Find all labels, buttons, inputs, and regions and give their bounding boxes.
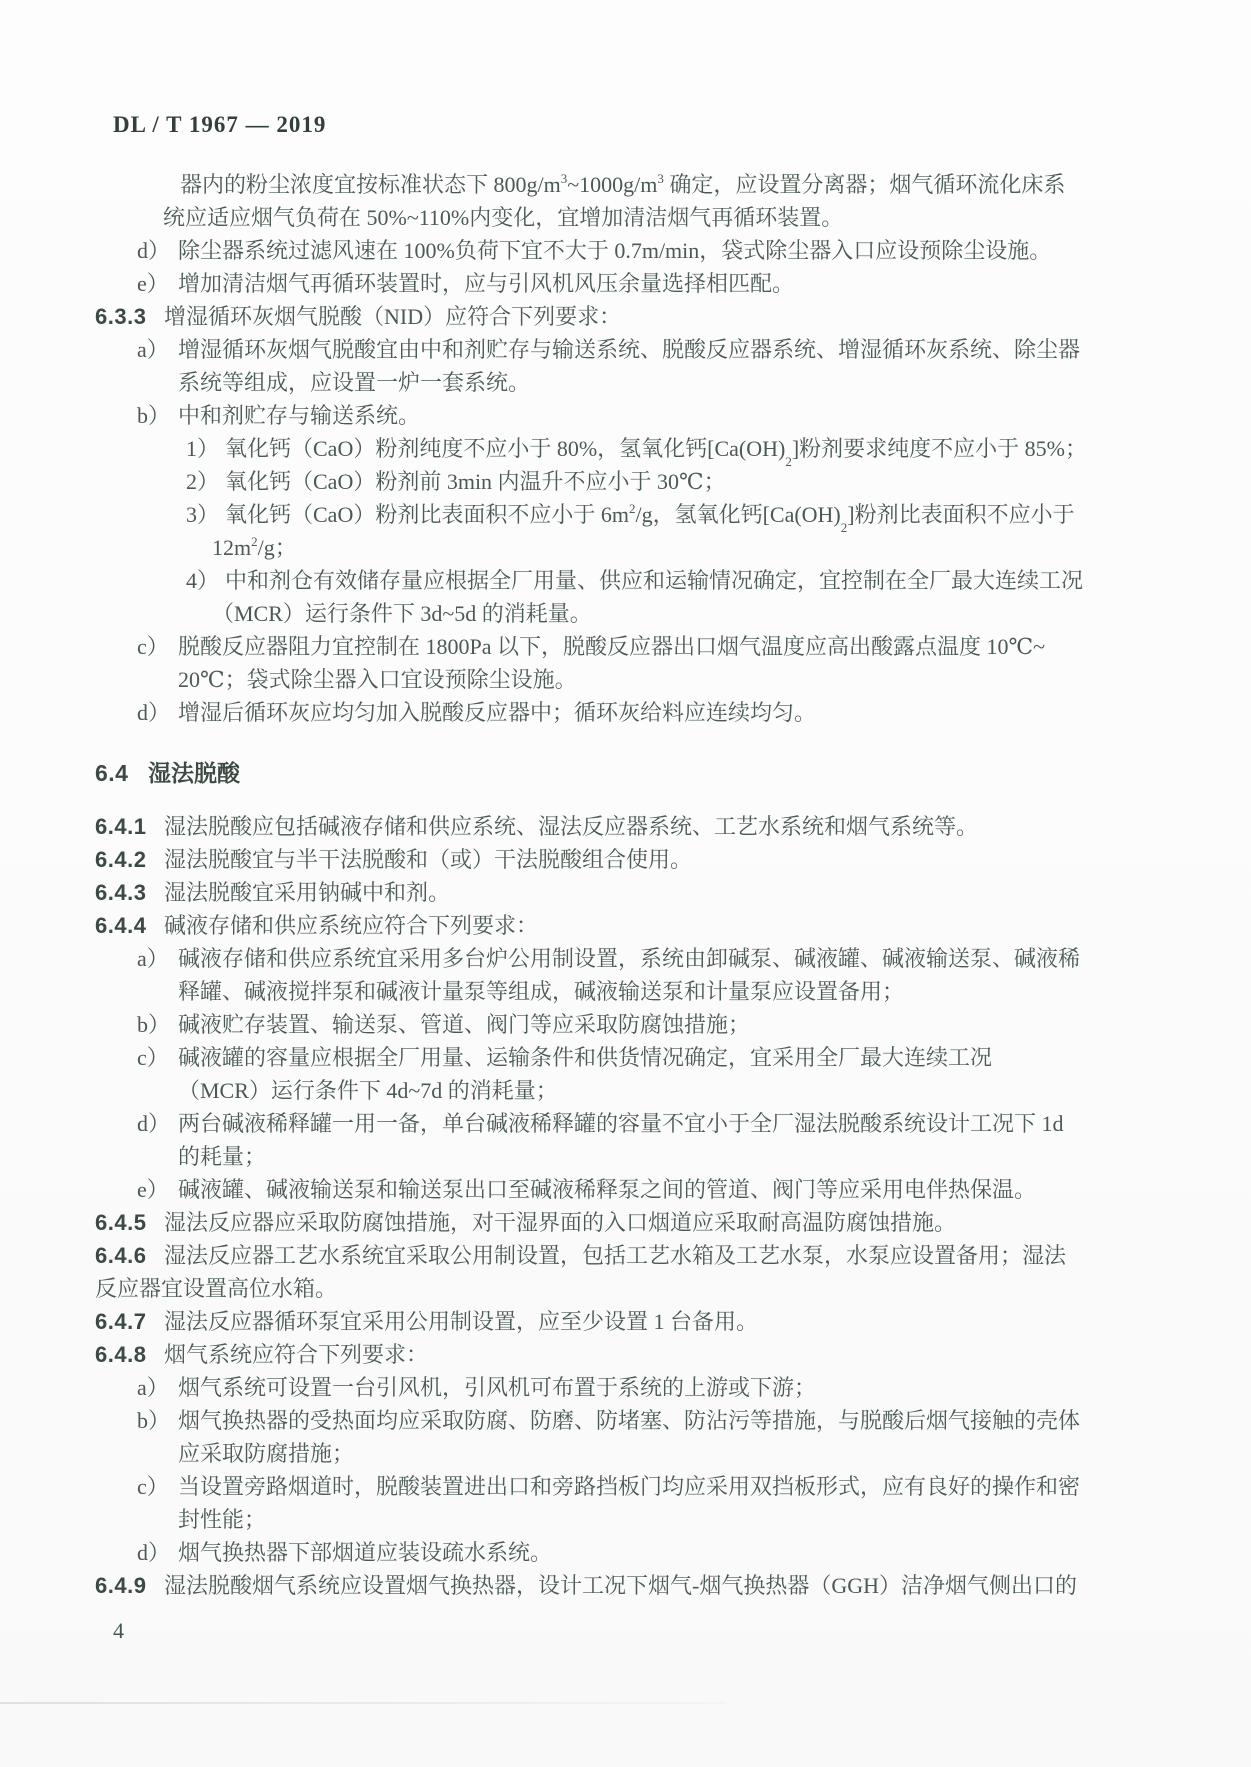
list-marker: a）: [137, 1371, 169, 1404]
list-marker: d）: [137, 234, 170, 267]
line-text: （MCR）运行条件下 3d~5d 的消耗量。: [212, 601, 592, 626]
document-body: 器内的粉尘浓度宜按标准状态下 800g/m3~1000g/m3 确定，应设置分离…: [0, 168, 1251, 1602]
standard-number-header: DL / T 1967 — 2019: [113, 112, 326, 138]
line-text: 统应适应烟气负荷在 50%~110%内变化，宜增加清洁烟气再循环装置。: [163, 205, 843, 230]
text-line: 20℃；袋式除尘器入口宜设预除尘设施。: [0, 663, 1251, 696]
list-marker: d）: [137, 1536, 170, 1569]
list-marker: 6.4.6: [95, 1239, 146, 1272]
line-text: 湿法反应器工艺水系统宜采取公用制设置，包括工艺水箱及工艺水泵，水泵应设置备用；湿…: [164, 1243, 1066, 1268]
text-line: b）烟气换热器的受热面均应采取防腐、防磨、防堵塞、防沾污等措施，与脱酸后烟气接触…: [0, 1404, 1251, 1437]
line-text: 除尘器系统过滤风速在 100%负荷下宜不大于 0.7m/min，袋式除尘器入口应…: [178, 238, 1051, 263]
list-marker: 6.4: [95, 757, 128, 790]
clause-line: 6.4.8烟气系统应符合下列要求：: [0, 1338, 1251, 1371]
line-text: 中和剂贮存与输送系统。: [178, 403, 420, 428]
list-marker: 4）: [186, 564, 219, 597]
list-marker: d）: [137, 1107, 170, 1140]
line-text: 应采取防腐措施；: [178, 1441, 354, 1466]
line-text: 增加清洁烟气再循环装置时，应与引风机风压余量选择相匹配。: [178, 271, 794, 296]
line-text: 湿法脱酸烟气系统应设置烟气换热器，设计工况下烟气-烟气换热器（GGH）洁净烟气侧…: [164, 1573, 1077, 1598]
line-text: 碱液存储和供应系统宜采用多台炉公用制设置，系统由卸碱泵、碱液罐、碱液输送泵、碱液…: [178, 946, 1080, 971]
line-text: 湿法脱酸宜与半干法脱酸和（或）干法脱酸组合使用。: [164, 847, 692, 872]
line-text: 反应器宜设置高位水箱。: [95, 1276, 337, 1301]
text-line: d）除尘器系统过滤风速在 100%负荷下宜不大于 0.7m/min，袋式除尘器入…: [0, 234, 1251, 267]
line-text: 的耗量；: [178, 1144, 266, 1169]
document-page: DL / T 1967 — 2019 器内的粉尘浓度宜按标准状态下 800g/m…: [0, 0, 1251, 1767]
text-line: c）当设置旁路烟道时，脱酸装置进出口和旁路挡板门均应采用双挡板形式，应有良好的操…: [0, 1470, 1251, 1503]
line-text: 两台碱液稀释罐一用一备，单台碱液稀释罐的容量不宜小于全厂湿法脱酸系统设计工况下 …: [178, 1111, 1064, 1136]
line-text: 碱液存储和供应系统应符合下列要求：: [164, 913, 538, 938]
list-marker: e）: [137, 1173, 169, 1206]
clause-line: 6.4.2湿法脱酸宜与半干法脱酸和（或）干法脱酸组合使用。: [0, 843, 1251, 876]
text-line: 封性能；: [0, 1503, 1251, 1536]
text-line: （MCR）运行条件下 3d~5d 的消耗量。: [0, 597, 1251, 630]
list-marker: c）: [137, 1041, 169, 1074]
line-text: 湿法脱酸宜采用钠碱中和剂。: [164, 880, 450, 905]
text-line: e）碱液罐、碱液输送泵和输送泵出口至碱液稀释泵之间的管道、阀门等应采用电伴热保温…: [0, 1173, 1251, 1206]
list-marker: 6.3.3: [95, 300, 146, 333]
list-marker: 1）: [186, 432, 219, 465]
clause-line: 6.4.6湿法反应器工艺水系统宜采取公用制设置，包括工艺水箱及工艺水泵，水泵应设…: [0, 1239, 1251, 1272]
text-line: 器内的粉尘浓度宜按标准状态下 800g/m3~1000g/m3 确定，应设置分离…: [0, 168, 1251, 201]
text-line: 12m2/g；: [0, 531, 1251, 564]
clause-line: 6.4.9湿法脱酸烟气系统应设置烟气换热器，设计工况下烟气-烟气换热器（GGH）…: [0, 1569, 1251, 1602]
section-heading: 6.4湿法脱酸: [0, 757, 1251, 790]
list-marker: c）: [137, 630, 169, 663]
page-number: 4: [113, 1618, 124, 1644]
line-text: 系统等组成，应设置一炉一套系统。: [178, 370, 530, 395]
line-text: 释罐、碱液搅拌泵和碱液计量泵等组成，碱液输送泵和计量泵应设置备用；: [178, 979, 904, 1004]
clause-line: 6.4.4碱液存储和供应系统应符合下列要求：: [0, 909, 1251, 942]
text-line: 3）氧化钙（CaO）粉剂比表面积不应小于 6m2/g，氢氧化钙[Ca(OH)2]…: [0, 498, 1251, 531]
line-text: 封性能；: [178, 1507, 266, 1532]
text-line: 的耗量；: [0, 1140, 1251, 1173]
line-text: 增湿循环灰烟气脱酸（NID）应符合下列要求：: [164, 304, 621, 329]
clause-line: 6.4.7湿法反应器循环泵宜采用公用制设置，应至少设置 1 台备用。: [0, 1305, 1251, 1338]
text-line: b）碱液贮存装置、输送泵、管道、阀门等应采取防腐蚀措施；: [0, 1008, 1251, 1041]
line-text: 氧化钙（CaO）粉剂纯度不应小于 80%，氢氧化钙[Ca(OH)2]粉剂要求纯度…: [225, 436, 1087, 461]
list-marker: 6.4.8: [95, 1338, 146, 1371]
text-line: a）烟气系统可设置一台引风机，引风机可布置于系统的上游或下游；: [0, 1371, 1251, 1404]
line-text: 脱酸反应器阻力宜控制在 1800Pa 以下，脱酸反应器出口烟气温度应高出酸露点温…: [178, 634, 1045, 659]
list-marker: 6.4.2: [95, 843, 146, 876]
line-text: 碱液罐、碱液输送泵和输送泵出口至碱液稀释泵之间的管道、阀门等应采用电伴热保温。: [178, 1177, 1036, 1202]
list-marker: 6.4.3: [95, 876, 146, 909]
text-line: 释罐、碱液搅拌泵和碱液计量泵等组成，碱液输送泵和计量泵应设置备用；: [0, 975, 1251, 1008]
text-line: c）脱酸反应器阻力宜控制在 1800Pa 以下，脱酸反应器出口烟气温度应高出酸露…: [0, 630, 1251, 663]
clause-line: 6.4.1湿法脱酸应包括碱液存储和供应系统、湿法反应器系统、工艺水系统和烟气系统…: [0, 810, 1251, 843]
line-text: 湿法脱酸: [148, 760, 240, 786]
text-line: 系统等组成，应设置一炉一套系统。: [0, 366, 1251, 399]
text-line: 应采取防腐措施；: [0, 1437, 1251, 1470]
list-marker: a）: [137, 942, 169, 975]
line-text: 氧化钙（CaO）粉剂前 3min 内温升不应小于 30℃；: [225, 469, 726, 494]
text-line: 反应器宜设置高位水箱。: [0, 1272, 1251, 1305]
list-marker: 6.4.1: [95, 810, 146, 843]
line-text: 碱液贮存装置、输送泵、管道、阀门等应采取防腐蚀措施；: [178, 1012, 750, 1037]
list-marker: b）: [137, 1008, 170, 1041]
list-marker: d）: [137, 696, 170, 729]
text-line: d）两台碱液稀释罐一用一备，单台碱液稀释罐的容量不宜小于全厂湿法脱酸系统设计工况…: [0, 1107, 1251, 1140]
list-marker: 6.4.4: [95, 909, 146, 942]
line-text: 烟气换热器的受热面均应采取防腐、防磨、防堵塞、防沾污等措施，与脱酸后烟气接触的壳…: [178, 1408, 1080, 1433]
list-marker: c）: [137, 1470, 169, 1503]
text-line: a）增湿循环灰烟气脱酸宜由中和剂贮存与输送系统、脱酸反应器系统、增湿循环灰系统、…: [0, 333, 1251, 366]
text-line: d）增湿后循环灰应均匀加入脱酸反应器中；循环灰给料应连续均匀。: [0, 696, 1251, 729]
list-marker: b）: [137, 399, 170, 432]
list-marker: b）: [137, 1404, 170, 1437]
list-marker: e）: [137, 267, 169, 300]
line-text: 氧化钙（CaO）粉剂比表面积不应小于 6m2/g，氢氧化钙[Ca(OH)2]粉剂…: [225, 502, 1075, 527]
text-line: （MCR）运行条件下 4d~7d 的消耗量；: [0, 1074, 1251, 1107]
clause-line: 6.4.3湿法脱酸宜采用钠碱中和剂。: [0, 876, 1251, 909]
line-text: 器内的粉尘浓度宜按标准状态下 800g/m3~1000g/m3 确定，应设置分离…: [180, 172, 1065, 197]
text-line: c）碱液罐的容量应根据全厂用量、运输条件和供货情况确定，宜采用全厂最大连续工况: [0, 1041, 1251, 1074]
list-marker: 6.4.5: [95, 1206, 146, 1239]
line-text: （MCR）运行条件下 4d~7d 的消耗量；: [178, 1078, 558, 1103]
line-text: 烟气系统应符合下列要求：: [164, 1342, 428, 1367]
text-line: 2）氧化钙（CaO）粉剂前 3min 内温升不应小于 30℃；: [0, 465, 1251, 498]
list-marker: 6.4.9: [95, 1569, 146, 1602]
line-text: 烟气系统可设置一台引风机，引风机可布置于系统的上游或下游；: [178, 1375, 816, 1400]
clause-line: 6.4.5湿法反应器应采取防腐蚀措施，对干湿界面的入口烟道应采取耐高温防腐蚀措施…: [0, 1206, 1251, 1239]
line-text: 湿法反应器循环泵宜采用公用制设置，应至少设置 1 台备用。: [164, 1309, 758, 1334]
line-text: 碱液罐的容量应根据全厂用量、运输条件和供货情况确定，宜采用全厂最大连续工况: [178, 1045, 992, 1070]
line-text: 增湿循环灰烟气脱酸宜由中和剂贮存与输送系统、脱酸反应器系统、增湿循环灰系统、除尘…: [178, 337, 1080, 362]
line-text: 湿法反应器应采取防腐蚀措施，对干湿界面的入口烟道应采取耐高温防腐蚀措施。: [164, 1210, 956, 1235]
list-marker: a）: [137, 333, 169, 366]
line-text: 中和剂仓有效储存量应根据全厂用量、供应和运输情况确定，宜控制在全厂最大连续工况: [225, 568, 1083, 593]
line-text: 烟气换热器下部烟道应装设疏水系统。: [178, 1540, 552, 1565]
line-text: 增湿后循环灰应均匀加入脱酸反应器中；循环灰给料应连续均匀。: [178, 700, 816, 725]
line-text: 12m2/g；: [212, 535, 297, 560]
text-line: e）增加清洁烟气再循环装置时，应与引风机风压余量选择相匹配。: [0, 267, 1251, 300]
text-line: d）烟气换热器下部烟道应装设疏水系统。: [0, 1536, 1251, 1569]
list-marker: 6.4.7: [95, 1305, 146, 1338]
list-marker: 3）: [186, 498, 219, 531]
text-line: a）碱液存储和供应系统宜采用多台炉公用制设置，系统由卸碱泵、碱液罐、碱液输送泵、…: [0, 942, 1251, 975]
line-text: 20℃；袋式除尘器入口宜设预除尘设施。: [178, 667, 577, 692]
line-text: 当设置旁路烟道时，脱酸装置进出口和旁路挡板门均应采用双挡板形式，应有良好的操作和…: [178, 1474, 1080, 1499]
text-line: 1）氧化钙（CaO）粉剂纯度不应小于 80%，氢氧化钙[Ca(OH)2]粉剂要求…: [0, 432, 1251, 465]
clause-line: 6.3.3增湿循环灰烟气脱酸（NID）应符合下列要求：: [0, 300, 1251, 333]
text-line: 4）中和剂仓有效储存量应根据全厂用量、供应和运输情况确定，宜控制在全厂最大连续工…: [0, 564, 1251, 597]
text-line: 统应适应烟气负荷在 50%~110%内变化，宜增加清洁烟气再循环装置。: [0, 201, 1251, 234]
list-marker: 2）: [186, 465, 219, 498]
text-line: b）中和剂贮存与输送系统。: [0, 399, 1251, 432]
line-text: 湿法脱酸应包括碱液存储和供应系统、湿法反应器系统、工艺水系统和烟气系统等。: [164, 814, 978, 839]
scan-artifact-line: [0, 1702, 726, 1704]
